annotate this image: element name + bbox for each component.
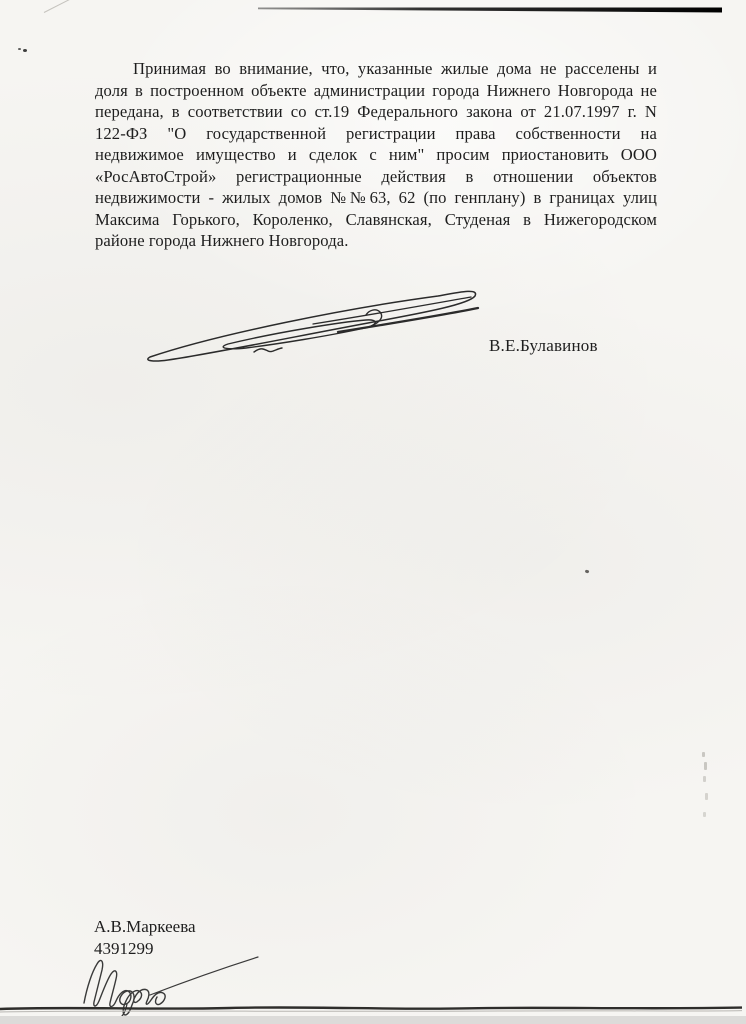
bulavinov-signature [128,282,488,367]
ink-dot [18,48,21,50]
paragraph-line: Максима Горького, Короленко, Славянская,… [95,209,657,231]
paragraph-line: 122-ФЗ "О государственной регистрации пр… [95,123,657,145]
paragraph-line: передана, в соответствии со ст.19 Федера… [95,101,657,123]
executor-name: А.В.Маркеева [94,916,196,938]
edge-mark [704,762,707,770]
ink-dot [23,49,27,52]
paragraph-line: недвижимое имущество и сделок с ним" про… [95,144,657,166]
ink-speck [585,569,590,573]
paragraph-line: доля в построенном объекте администрации… [95,80,657,102]
paragraph-line: недвижимости - жилых домов №№63, 62 (по … [95,187,657,209]
signer-name: В.Е.Булавинов [489,336,598,356]
edge-mark [703,812,706,817]
scanner-top-line-artifact [0,0,746,20]
edge-mark [703,776,706,782]
edge-mark [705,793,708,800]
scanned-document-page: Принимая во внимание, что, указанные жил… [0,0,746,1024]
body-paragraph: Принимая во внимание, что, указанные жил… [95,58,657,252]
paragraph-line: Принимая во внимание, что, указанные жил… [95,58,657,80]
paragraph-line: «РосАвтоСтрой» регистрационные действия … [95,166,657,188]
paragraph-line: районе города Нижнего Новгорода. [95,230,657,252]
paper-sheet: Принимая во внимание, что, указанные жил… [0,0,746,1016]
edge-mark [702,752,705,757]
paper-bottom-edge [0,1000,746,1020]
